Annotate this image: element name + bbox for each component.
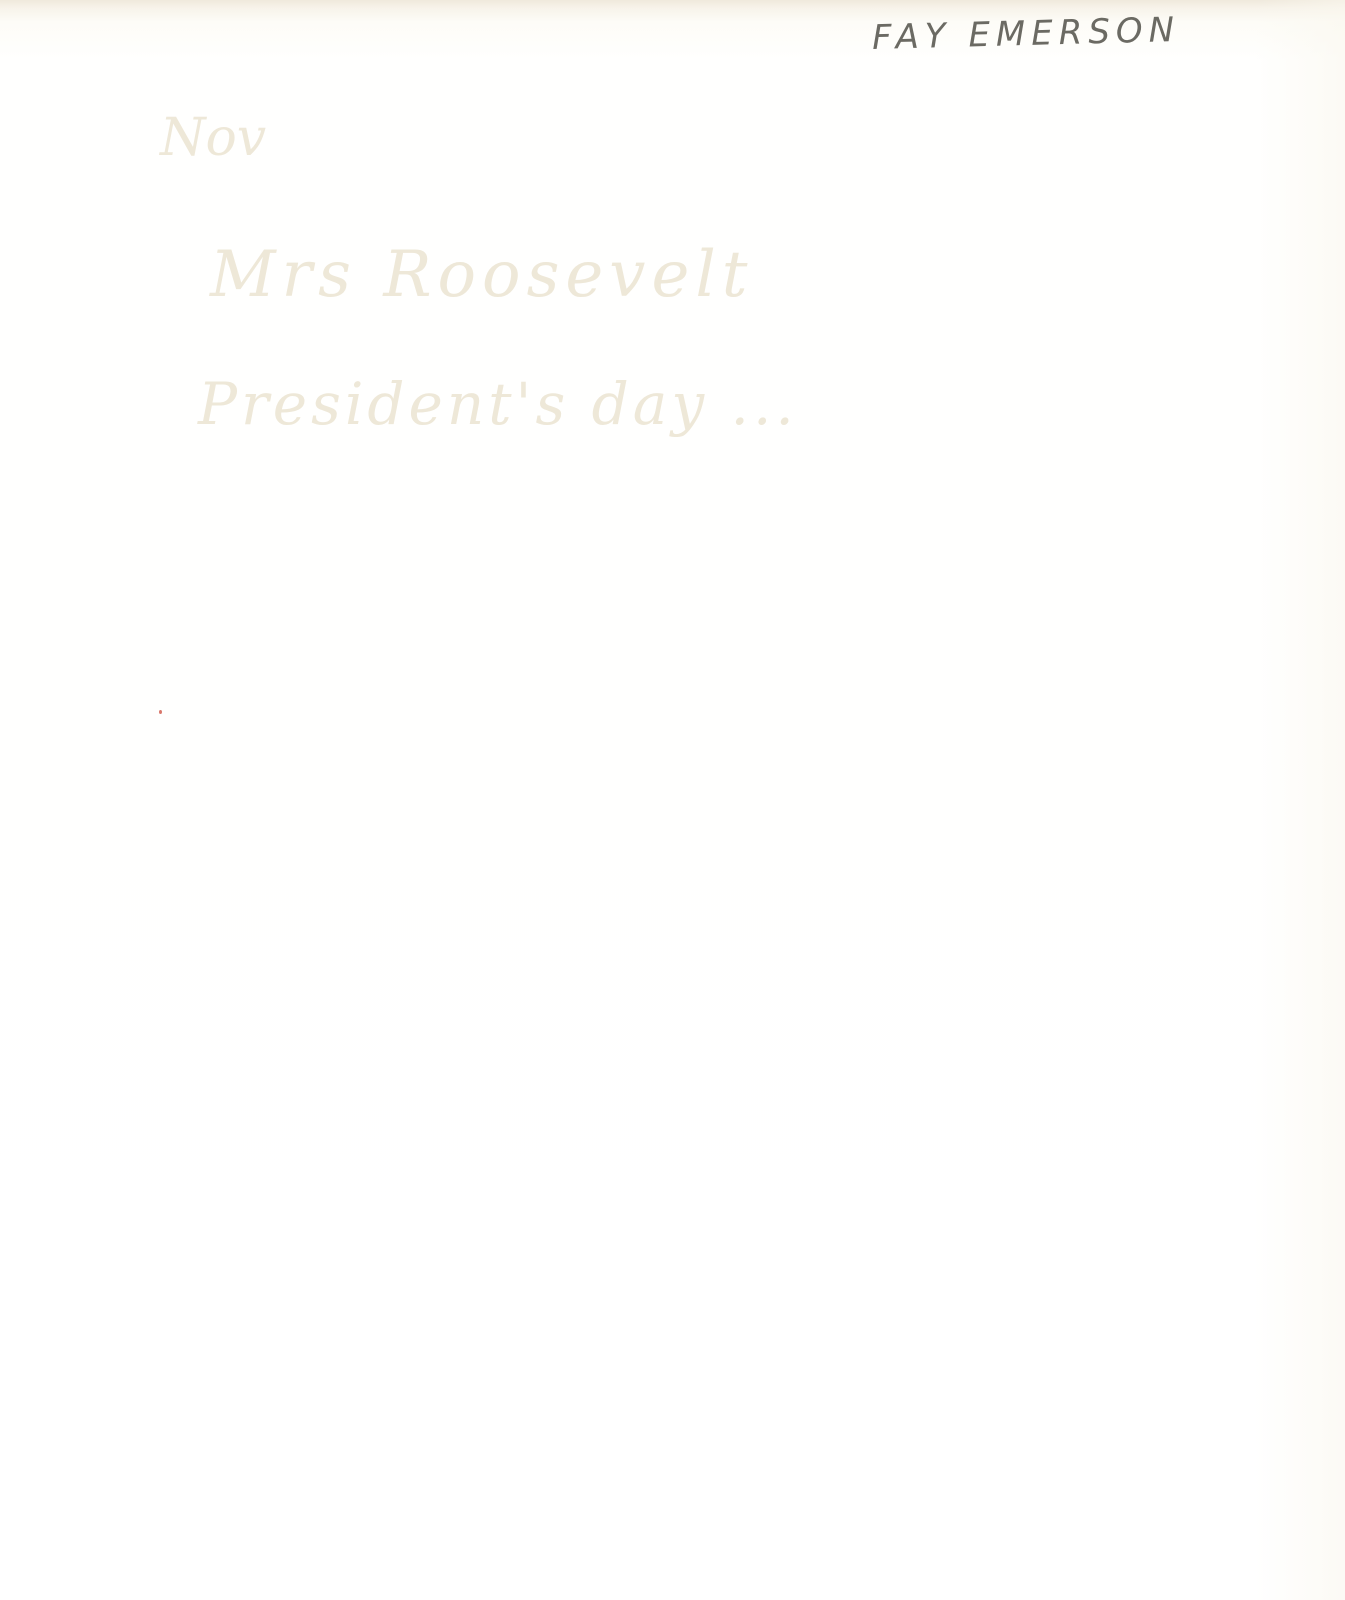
red-ink-speck (159, 710, 162, 714)
faint-note-line-1: Nov (160, 108, 266, 168)
faint-note-line-3: President's day ... (198, 370, 798, 438)
paper-edge-shading (1255, 0, 1345, 1600)
name-inscription: FAY EMERSON (872, 10, 1181, 58)
faint-note-line-2: Mrs Roosevelt (210, 238, 754, 312)
